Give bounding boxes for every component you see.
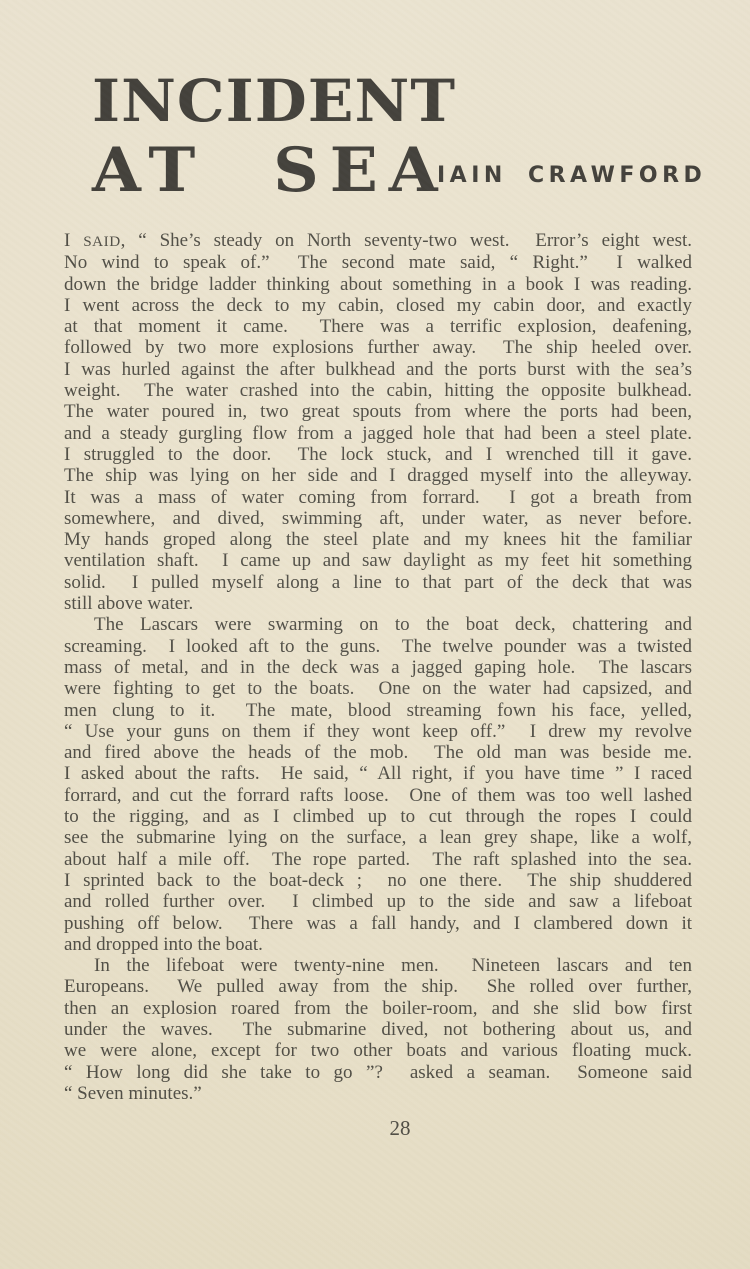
page-number: 28 [86, 1116, 714, 1141]
paragraph: The Lascars were swarming on to the boat… [64, 614, 692, 955]
text-line: followed by two more explosions further … [64, 337, 692, 358]
text-line: The ship was lying on her side and I dra… [64, 465, 692, 486]
text-line: then an explosion roared from the boiler… [64, 998, 692, 1019]
article-author: IAIN CRAWFORD [437, 165, 706, 187]
small-caps-word: SAID [83, 233, 120, 250]
text-line: forrard, and cut the forrard rafts loose… [64, 785, 692, 806]
text-line: I was hurled against the after bulkhead … [64, 359, 692, 380]
text-line: and rolled further over. I climbed up to… [64, 891, 692, 912]
paragraph: I SAID, “ She’s steady on North seventy-… [64, 230, 692, 614]
text-line: It was a mass of water coming from forra… [64, 487, 692, 508]
article-title-line1: INCIDENT [92, 73, 456, 131]
text-line: ventilation shaft. I came up and saw day… [64, 550, 692, 571]
text-line: I asked about the rafts. He said, “ All … [64, 763, 692, 784]
text-line: In the lifeboat were twenty-nine men. Ni… [64, 955, 692, 976]
text-line: down the bridge ladder thinking about so… [64, 274, 692, 295]
text-line: under the waves. The submarine dived, no… [64, 1019, 692, 1040]
text-line: solid. I pulled myself along a line to t… [64, 572, 692, 593]
text-line: My hands groped along the steel plate an… [64, 529, 692, 550]
book-page: INCIDENT AT SEA IAIN CRAWFORD I SAID, “ … [0, 0, 750, 1269]
text-line: “ Seven minutes.” [64, 1083, 692, 1104]
text-line: screaming. I looked aft to the guns. The… [64, 636, 692, 657]
text-line: somewhere, and dived, swimming aft, unde… [64, 508, 692, 529]
text-line: Europeans. We pulled away from the ship.… [64, 976, 692, 997]
text-line: and a steady gurgling flow from a jagged… [64, 423, 692, 444]
text-line: The water poured in, two great spouts fr… [64, 401, 692, 422]
text-line: we were alone, except for two other boat… [64, 1040, 692, 1061]
text-line: No wind to speak of.” The second mate sa… [64, 252, 692, 273]
text-line: I sprinted back to the boat-deck ; no on… [64, 870, 692, 891]
paragraph: In the lifeboat were twenty-nine men. Ni… [64, 955, 692, 1104]
text-line: pushing off below. There was a fall hand… [64, 913, 692, 934]
text-line: were fighting to get to the boats. One o… [64, 678, 692, 699]
text-line: see the submarine lying on the surface, … [64, 827, 692, 848]
text-line: I went across the deck to my cabin, clos… [64, 295, 692, 316]
text-line: men clung to it. The mate, blood streami… [64, 700, 692, 721]
text-line: at that moment it came. There was a terr… [64, 316, 692, 337]
text-line: about half a mile off. The rope parted. … [64, 849, 692, 870]
article-body: I SAID, “ She’s steady on North seventy-… [64, 230, 692, 1104]
text-line: and dropped into the boat. [64, 934, 692, 955]
text-line: “ Use your guns on them if they wont kee… [64, 721, 692, 742]
article-title-line2: AT SEA [92, 140, 449, 200]
text-line: still above water. [64, 593, 692, 614]
text-line: “ How long did she take to go ”? asked a… [64, 1062, 692, 1083]
text-line: I SAID, “ She’s steady on North seventy-… [64, 230, 692, 252]
text-line: and fired above the heads of the mob. Th… [64, 742, 692, 763]
text-line: mass of metal, and in the deck was a jag… [64, 657, 692, 678]
text-line: The Lascars were swarming on to the boat… [64, 614, 692, 635]
text-line: to the rigging, and as I climbed up to c… [64, 806, 692, 827]
text-line: I struggled to the door. The lock stuck,… [64, 444, 692, 465]
text-line: weight. The water crashed into the cabin… [64, 380, 692, 401]
